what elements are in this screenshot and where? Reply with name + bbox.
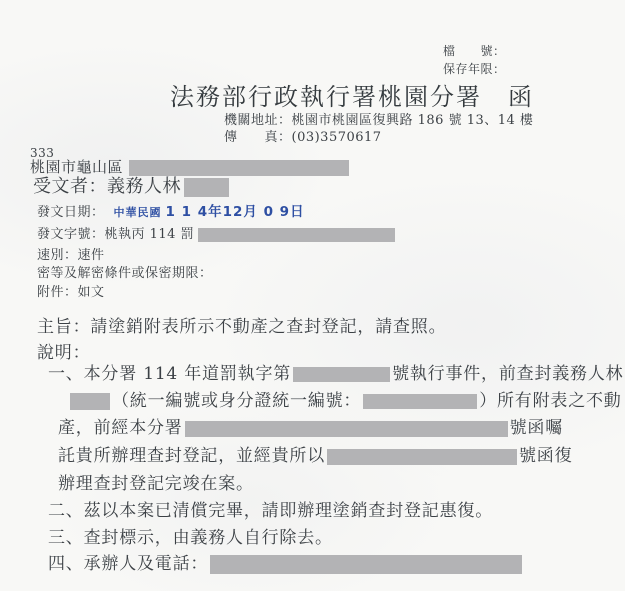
date-stamp-prefix: 中華民國 [114, 205, 162, 220]
item-4: 四、承辦人及電話： [48, 555, 522, 574]
subject-text: 主旨：請塗銷附表所示不動產之查封登記，請查照。 [37, 318, 446, 337]
speed-text: 速別：速件 [37, 248, 105, 263]
item-1-line-1-text-b: 號執行事件，前查封義務人林 [392, 365, 623, 384]
file-number-label: 檔 號： [443, 44, 506, 58]
item-1-line-1-text-a: 一、本分署 114 年道罰執字第 [48, 365, 291, 384]
item-1-line-3: 產，前經本分署 號函囑 [58, 419, 563, 438]
redaction-block [70, 393, 110, 410]
redaction-block [327, 449, 517, 465]
agency-fax: 傳 真：(03)3570617 [224, 130, 382, 145]
doc-number-row: 發文字號：桃執丙 114 罰 [37, 227, 395, 242]
recipient-address-text: 桃園市龜山區 [30, 159, 123, 176]
document-page: 檔 號： 保存年限： 法務部行政執行署桃園分署 函 機關地址：桃園市桃園區復興路… [0, 0, 625, 591]
agency-address: 機關地址：桃園市桃園區復興路 186 號 13、14 樓 [224, 113, 533, 128]
retention-label-text: 保存年限： [443, 62, 506, 76]
item-1-line-3-text-a: 產，前經本分署 [58, 419, 183, 438]
agency-fax-text: 傳 真：(03)3570617 [224, 130, 382, 145]
subject-line: 主旨：請塗銷附表所示不動產之查封登記，請查照。 [37, 318, 446, 337]
redaction-block [293, 367, 390, 382]
recipient-line-text: 受文者：義務人林 [33, 177, 181, 197]
date-stamp: 中華民國 1 1 4年12月 0 9日 [114, 205, 305, 220]
item-1-line-2: （統一編號或身分證統一編號： ）所有附表之不動 [70, 392, 622, 411]
explanation-label: 說明： [37, 344, 90, 363]
item-2: 二、茲以本案已清償完畢，請即辦理塗銷查封登記惠復。 [48, 502, 493, 521]
redaction-block [185, 421, 508, 437]
redaction-block [198, 228, 395, 242]
speed-row: 速別：速件 [37, 248, 105, 263]
secrecy-text: 密等及解密條件或保密期限： [37, 266, 213, 281]
redaction-block [363, 394, 477, 409]
attachment-text: 附件：如文 [37, 285, 105, 300]
redaction-block [129, 160, 349, 176]
item-2-text: 二、茲以本案已清償完畢，請即辦理塗銷查封登記惠復。 [48, 502, 493, 521]
item-1-line-4: 託貴所辦理查封登記，並經貴所以 號函復 [58, 447, 572, 466]
item-3: 三、查封標示，由義務人自行除去。 [48, 529, 333, 548]
document-title-text: 法務部行政執行署桃園分署 函 [170, 84, 534, 111]
item-1-line-2-text-b: ）所有附表之不動 [479, 392, 621, 411]
item-1-line-2-text-a: （統一編號或身分證統一編號： [112, 392, 361, 411]
recipient-address: 桃園市龜山區 [30, 159, 349, 176]
explanation-label-text: 說明： [37, 344, 90, 363]
item-1-line-5: 辦理查封登記完竣在案。 [58, 475, 254, 494]
doc-number-text: 發文字號：桃執丙 114 罰 [37, 227, 194, 242]
file-number-label-text: 檔 號： [443, 44, 506, 58]
item-1-line-3-text-b: 號函囑 [510, 419, 563, 438]
recipient-line: 受文者：義務人林 [33, 177, 229, 197]
item-1-line-1: 一、本分署 114 年道罰執字第 號執行事件，前查封義務人林 [48, 365, 623, 384]
item-3-text: 三、查封標示，由義務人自行除去。 [48, 529, 333, 548]
redaction-block [184, 178, 229, 197]
agency-address-text: 機關地址：桃園市桃園區復興路 186 號 13、14 樓 [224, 113, 533, 128]
item-1-line-4-text-a: 託貴所辦理查封登記，並經貴所以 [58, 447, 325, 466]
item-1-line-5-text: 辦理查封登記完竣在案。 [58, 475, 254, 494]
issue-date-label: 發文日期： [37, 205, 105, 220]
date-stamp-value: 1 1 4年12月 0 9日 [166, 205, 305, 220]
redaction-block [210, 555, 522, 574]
issue-date-row: 發文日期： 中華民國 1 1 4年12月 0 9日 [37, 205, 305, 220]
item-1-line-4-text-b: 號函復 [519, 447, 572, 466]
retention-label: 保存年限： [443, 62, 506, 76]
attachment-row: 附件：如文 [37, 285, 105, 300]
item-4-text: 四、承辦人及電話： [48, 555, 208, 574]
secrecy-row: 密等及解密條件或保密期限： [37, 266, 213, 281]
document-title: 法務部行政執行署桃園分署 函 [170, 84, 534, 111]
